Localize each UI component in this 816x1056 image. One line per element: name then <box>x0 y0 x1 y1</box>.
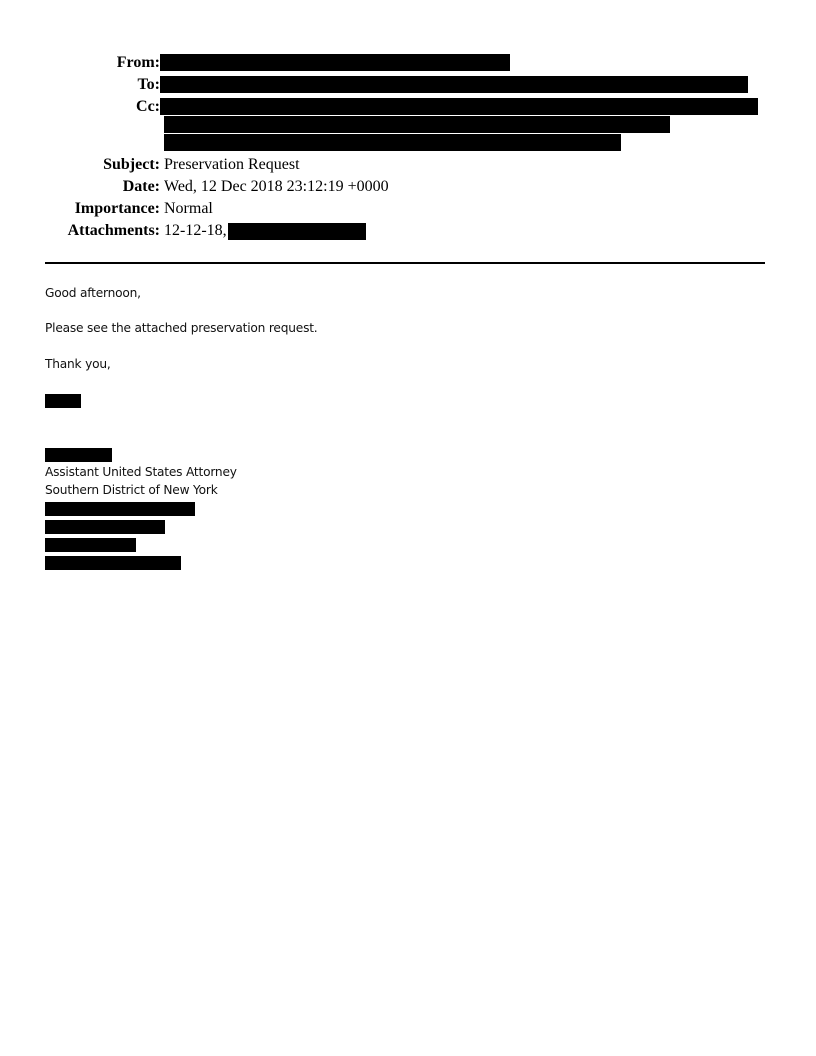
date-label: Date: <box>123 178 160 196</box>
cc-label: Cc: <box>136 98 160 116</box>
redacted-to <box>160 76 748 93</box>
redacted-sender-full-name <box>45 448 112 462</box>
to-label: To: <box>137 76 160 94</box>
signature-office: Southern District of New York <box>45 482 218 498</box>
redacted-cc-line-1 <box>160 98 758 115</box>
redacted-sender-first-name <box>45 394 81 408</box>
redacted-from <box>160 54 510 71</box>
redacted-cc-line-3 <box>164 134 621 151</box>
importance-value: Normal <box>164 200 213 218</box>
subject-label: Subject: <box>103 156 160 174</box>
attachment-link[interactable]: 12-12-18, <box>164 222 227 240</box>
redacted-attachment-name <box>228 223 366 240</box>
header-divider <box>45 262 765 264</box>
redacted-signature-line-3 <box>45 538 136 552</box>
importance-label: Importance: <box>75 200 160 218</box>
subject-value: Preservation Request <box>164 156 300 174</box>
message-text: Please see the attached preservation req… <box>45 320 318 336</box>
redacted-signature-line-4 <box>45 556 181 570</box>
redacted-signature-line-2 <box>45 520 165 534</box>
closing: Thank you, <box>45 356 111 372</box>
redacted-signature-line-1 <box>45 502 195 516</box>
redacted-cc-line-2 <box>164 116 670 133</box>
from-label: From: <box>117 54 160 72</box>
greeting: Good afternoon, <box>45 285 141 301</box>
signature-title: Assistant United States Attorney <box>45 464 237 480</box>
attachments-label: Attachments: <box>68 222 160 240</box>
date-value: Wed, 12 Dec 2018 23:12:19 +0000 <box>164 178 389 196</box>
